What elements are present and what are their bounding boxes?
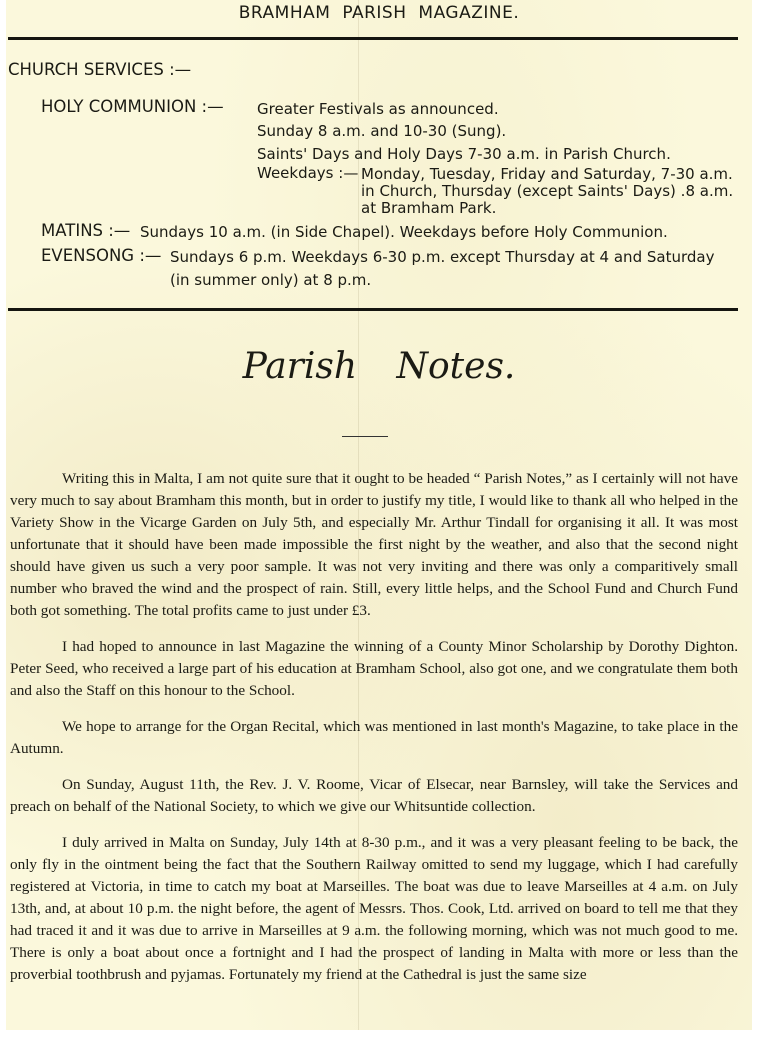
magazine-title: BRAMHAM PARISH MAGAZINE.: [6, 3, 752, 23]
holy-communion-line: Sunday 8 a.m. and 10-30 (Sung).: [257, 122, 506, 140]
parish-notes-body: Writing this in Malta, I am not quite su…: [10, 468, 738, 1000]
holy-communion-label: HOLY COMMUNION :—: [41, 97, 224, 116]
weekdays-line: at Bramham Park.: [361, 199, 496, 217]
evensong-continuation: (in summer only) at 8 p.m.: [170, 271, 371, 289]
evensong-label: EVENSONG :—: [41, 246, 161, 265]
church-services-heading: CHURCH SERVICES :—: [8, 60, 191, 79]
bottom-divider: [8, 308, 738, 311]
weekdays-line: in Church, Thursday (except Saints' Days…: [361, 182, 733, 200]
holy-communion-line: Greater Festivals as announced.: [257, 100, 499, 118]
notes-paragraph: I had hoped to announce in last Magazine…: [10, 636, 738, 702]
weekdays-label: Weekdays :—: [257, 164, 358, 182]
matins-times: Sundays 10 a.m. (in Side Chapel). Weekda…: [140, 223, 668, 241]
holy-communion-line: Saints' Days and Holy Days 7-30 a.m. in …: [257, 145, 671, 163]
top-divider: [8, 37, 738, 40]
weekdays-line: Monday, Tuesday, Friday and Saturday, 7-…: [361, 165, 733, 183]
title-underline: [342, 436, 388, 437]
magazine-page: BRAMHAM PARISH MAGAZINE. CHURCH SERVICES…: [6, 0, 752, 1030]
notes-paragraph: On Sunday, August 11th, the Rev. J. V. R…: [10, 774, 738, 818]
notes-paragraph: We hope to arrange for the Organ Recital…: [10, 716, 738, 760]
notes-paragraph: Writing this in Malta, I am not quite su…: [10, 468, 738, 622]
matins-label: MATINS :—: [41, 221, 130, 240]
evensong-times: Sundays 6 p.m. Weekdays 6-30 p.m. except…: [170, 248, 714, 266]
notes-paragraph: I duly arrived in Malta on Sunday, July …: [10, 832, 738, 986]
parish-notes-title: Parish Notes.: [6, 346, 752, 387]
